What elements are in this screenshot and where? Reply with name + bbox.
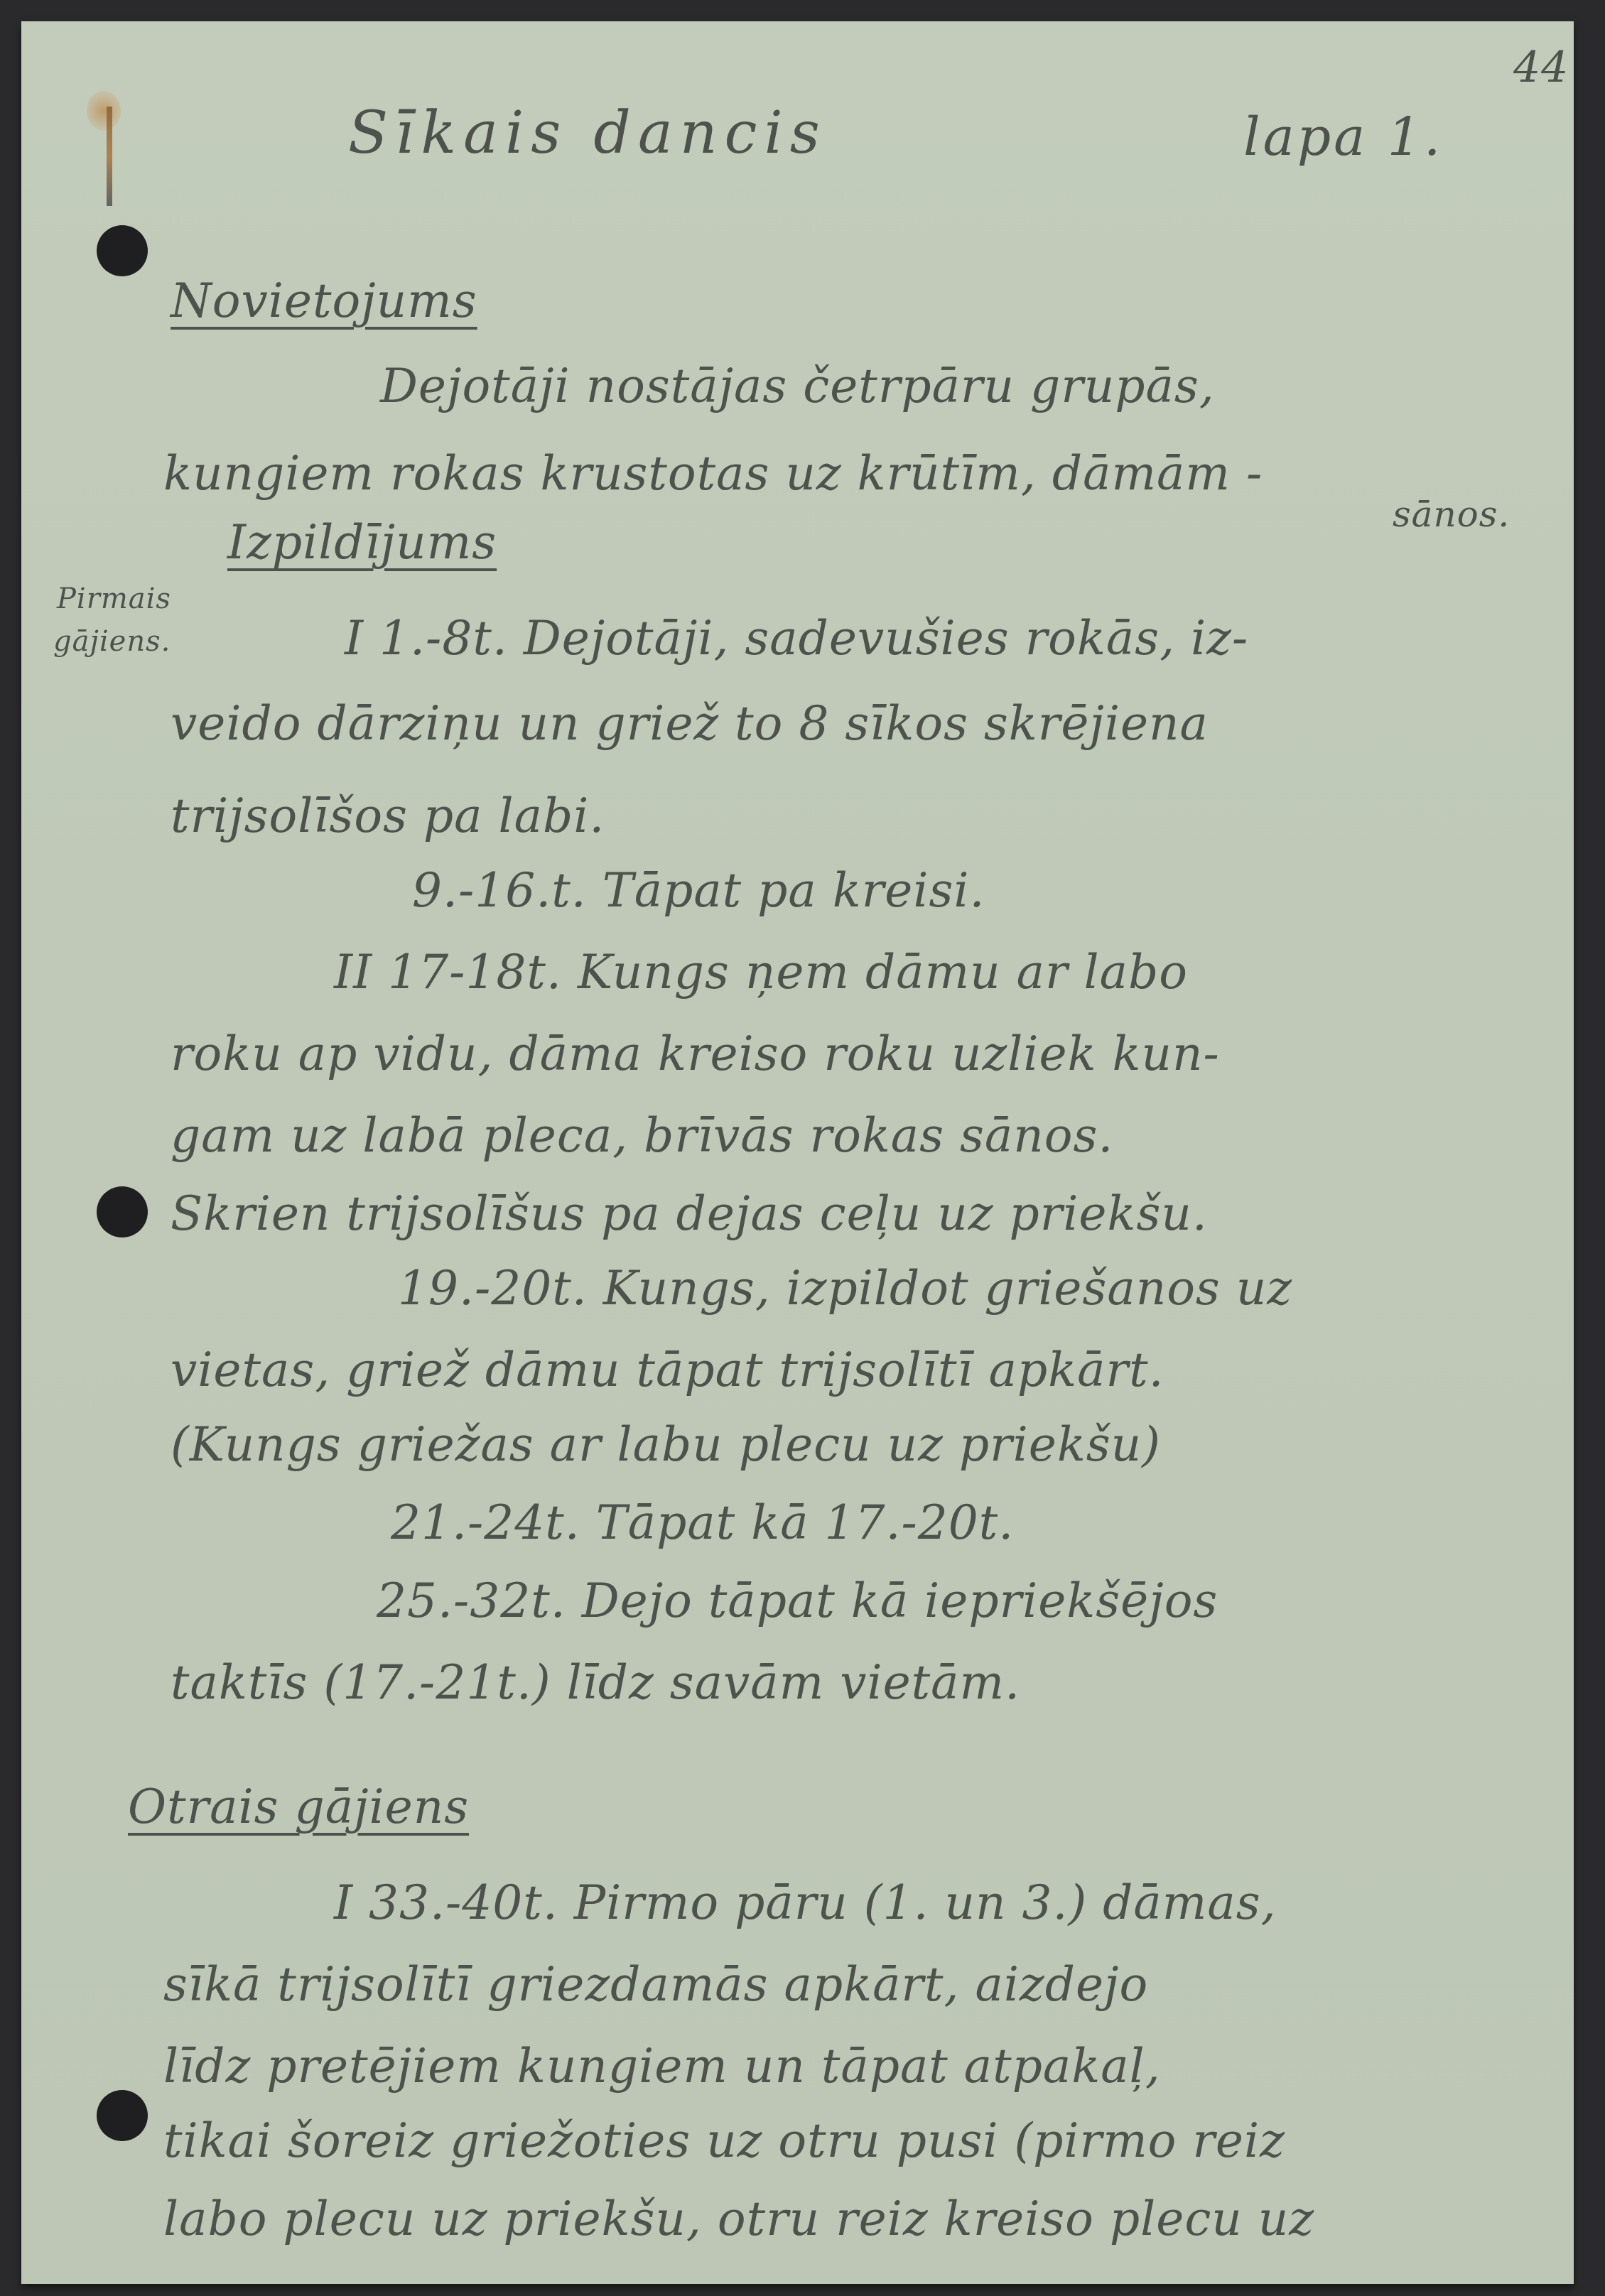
- rust-stain: [87, 91, 121, 131]
- document-title: Sīkais dancis: [348, 99, 827, 167]
- section-heading-otrais-gajiens: Otrais gājiens: [128, 1780, 469, 1834]
- text-line: līdz pretējiem kungiem un tāpat atpakaļ,: [163, 2039, 1161, 2094]
- punch-hole-top: [97, 225, 148, 276]
- section-heading-novietojums: Novietojums: [171, 274, 477, 328]
- text-line: kungiem rokas krustotas uz krūtīm, dāmām…: [163, 446, 1263, 501]
- text-line: (Kungs griežas ar labu plecu uz priekšu): [171, 1417, 1161, 1472]
- text-line: tikai šoreiz griežoties uz otru pusi (pi…: [163, 2113, 1285, 2168]
- margin-note: Pirmais: [57, 583, 171, 615]
- punch-hole-middle: [97, 1186, 148, 1238]
- text-line: II 17-18t. Kungs ņem dāmu ar labo: [334, 945, 1188, 1000]
- text-line: I 1.-8t. Dejotāji, sadevušies rokās, iz-: [345, 611, 1248, 666]
- page-number: 44: [1513, 43, 1569, 92]
- text-line: labo plecu uz priekšu, otru reiz kreiso …: [163, 2192, 1314, 2246]
- text-line: I 33.-40t. Pirmo pāru (1. un 3.) dāmas,: [334, 1875, 1277, 1930]
- margin-note: gājiens.: [53, 625, 171, 658]
- manuscript-page: Sīkais dancis lapa 1. 44 Novietojums Dej…: [21, 21, 1574, 2284]
- text-line: roku ap vidu, dāma kreiso roku uzliek ku…: [171, 1027, 1220, 1081]
- text-line: vietas, griež dāmu tāpat trijsolītī apkā…: [171, 1343, 1164, 1397]
- text-line: 21.-24t. Tāpat kā 17.-20t.: [391, 1495, 1014, 1550]
- text-line: gam uz labā pleca, brīvās rokas sānos.: [171, 1108, 1113, 1163]
- text-line: Dejotāji nostājas četrpāru grupās,: [380, 359, 1215, 413]
- text-line: 25.-32t. Dejo tāpat kā iepriekšējos: [377, 1574, 1218, 1628]
- text-line: veido dārziņu un griež to 8 sīkos skrēji…: [171, 696, 1209, 751]
- text-line: taktīs (17.-21t.) līdz savām vietām.: [171, 1655, 1020, 1710]
- text-line: sīkā trijsolītī griezdamās apkārt, aizde…: [163, 1957, 1148, 2012]
- text-line: Skrien trijsolīšus pa dejas ceļu uz prie…: [171, 1186, 1208, 1241]
- section-heading-izpildijums: Izpildījums: [227, 515, 497, 570]
- punch-hole-bottom: [97, 2090, 148, 2141]
- text-line: trijsolīšos pa labi.: [171, 789, 605, 843]
- text-line: 9.-16.t. Tāpat pa kreisi.: [412, 863, 985, 918]
- text-line: sānos.: [1393, 494, 1510, 535]
- text-line: 19.-20t. Kungs, izpildot griešanos uz: [398, 1261, 1292, 1316]
- sheet-label: lapa 1.: [1243, 107, 1443, 168]
- staple-mark: [107, 107, 112, 206]
